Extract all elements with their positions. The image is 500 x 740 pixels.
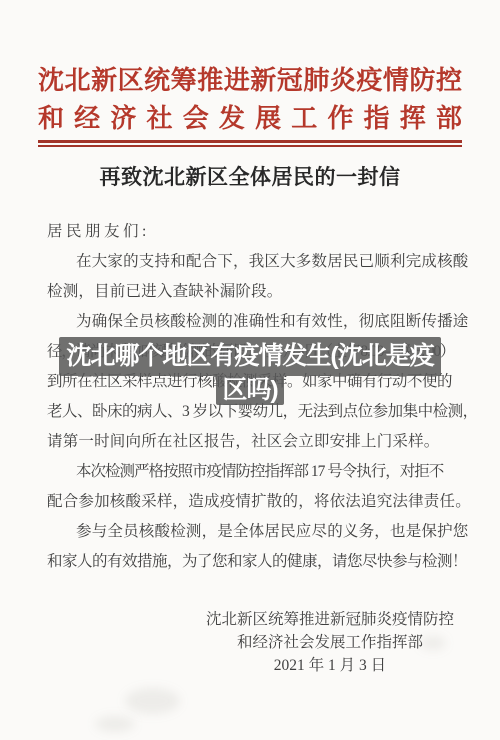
body-line: 和家人的有效措施，为了您和家人的健康，请您尽快参与检测！ — [47, 547, 462, 577]
letter-title: 再致沈北新区全体居民的一封信 — [0, 161, 500, 191]
body-line: 参与全员核酸检测，是全体居民应尽的义务，也是保护您 — [47, 517, 462, 547]
red-divider-rule-thick — [38, 140, 462, 143]
body-line: 为确保全员核酸检测的准确性和有效性，彻底阻断传播途 — [47, 307, 462, 337]
body-line-salutation: 居民朋友们: — [47, 217, 462, 247]
caption-overlay: 沈北哪个地区有疫情发生(沈北是疫 区吗) — [0, 337, 500, 405]
body-line: 本次检测严格按照市疫情防控指挥部 17 号令执行，对拒不 — [47, 457, 462, 487]
issuer-header-line-1: 沈北新区统筹推进新冠肺炎疫情防控 — [38, 62, 462, 100]
red-divider-rule-thin — [38, 145, 462, 147]
paper-smudge — [125, 688, 180, 714]
body-line: 配合参加核酸采样，造成疫情扩散的，将依法追究法律责任。 — [47, 487, 462, 517]
signature-date: 2021 年 1 月 3 日 — [198, 654, 462, 677]
issuer-header-line-2: 和经济社会发展工作指挥部 — [38, 100, 462, 138]
letter-photo: 沈北新区统筹推进新冠肺炎疫情防控 和经济社会发展工作指挥部 再致沈北新区全体居民… — [0, 0, 500, 740]
paper-smudge — [420, 636, 446, 650]
body-line: 检测，目前已进入查缺补漏阶段。 — [47, 277, 462, 307]
caption-line-2: 区吗) — [216, 376, 283, 405]
body-line: 在大家的支持和配合下，我区大多数居民已顺利完成核酸 — [47, 247, 462, 277]
paper-smudge — [95, 716, 135, 732]
caption-line-1: 沈北哪个地区有疫情发生(沈北是疫 — [59, 337, 440, 376]
body-line: 请第一时间向所在社区报告，社区会立即安排上门采样。 — [47, 427, 462, 457]
signature-line-1: 沈北新区统筹推进新冠肺炎疫情防控 — [198, 608, 462, 631]
red-divider-rule — [38, 140, 462, 147]
issuer-header: 沈北新区统筹推进新冠肺炎疫情防控 和经济社会发展工作指挥部 — [38, 62, 462, 138]
